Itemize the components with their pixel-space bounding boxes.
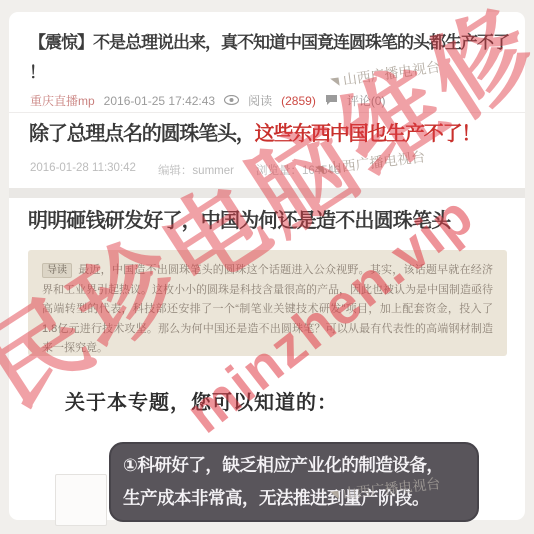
station-logo-icon: ◥ [330, 74, 340, 88]
article1-comments-count[interactable]: 评论(0) [347, 92, 386, 109]
intro-summary-box: 导读最近，中国造不出圆珠笔头的圆珠这个话题进入公众视野。其实，该话题早就在经济界… [28, 250, 507, 356]
screenshot-collage: 【震惊】不是总理说出来，真不知道中国竟连圆珠笔的头都生产不了！ 重庆直播mp 2… [0, 0, 534, 534]
article-card: 【震惊】不是总理说出来，真不知道中国竟连圆珠笔的头都生产不了！ 重庆直播mp 2… [9, 12, 525, 520]
topic-heading: 关于本专题，您可以知道的： [65, 386, 338, 415]
article1-views-count: (2859) [281, 94, 316, 108]
intro-paragraph: 导读最近，中国造不出圆珠笔头的圆珠这个话题进入公众视野。其实，该话题早就在经济界… [42, 261, 493, 359]
eye-icon [224, 94, 239, 108]
article2-meta: 2016-01-28 11:30:42 编辑：summer 浏览量：164546 [30, 162, 340, 178]
article1-source-link[interactable]: 重庆直播mp [30, 92, 95, 109]
article2-title[interactable]: 除了总理点名的圆珠笔头，这些东西中国也生产不了！ [29, 120, 519, 148]
station-logo-icon: ◥ [315, 162, 325, 176]
comment-bubble-icon [325, 94, 338, 108]
article2-title-black: 除了总理点名的圆珠笔头， [29, 123, 255, 145]
article1-date: 2016-01-25 17:42:43 [104, 94, 215, 108]
article2-editor: 编辑：summer [158, 162, 234, 178]
screenshot-gap [9, 188, 525, 198]
article2-date: 2016-01-28 11:30:42 [30, 162, 136, 178]
article3-title[interactable]: 明明砸钱研发好了，中国为何还是造不出圆珠笔头 [28, 204, 520, 233]
station-logo-icon: ◥ [330, 487, 340, 501]
section-divider [9, 112, 525, 113]
article1-title[interactable]: 【震惊】不是总理说出来，真不知道中国竟连圆珠笔的头都生产不了！ [29, 28, 515, 88]
intro-text: 最近，中国造不出圆珠笔头的圆珠这个话题进入公众视野。其实，该话题早就在经济界和工… [42, 264, 493, 354]
article2-title-red: 这些东西中国也生产不了！ [255, 123, 481, 145]
partial-underlying-box [55, 474, 107, 526]
article1-views-label: 阅读 [248, 92, 272, 109]
intro-label-chip: 导读 [42, 263, 72, 278]
article1-meta: 重庆直播mp 2016-01-25 17:42:43 阅读(2859) 评论(0… [30, 92, 385, 109]
